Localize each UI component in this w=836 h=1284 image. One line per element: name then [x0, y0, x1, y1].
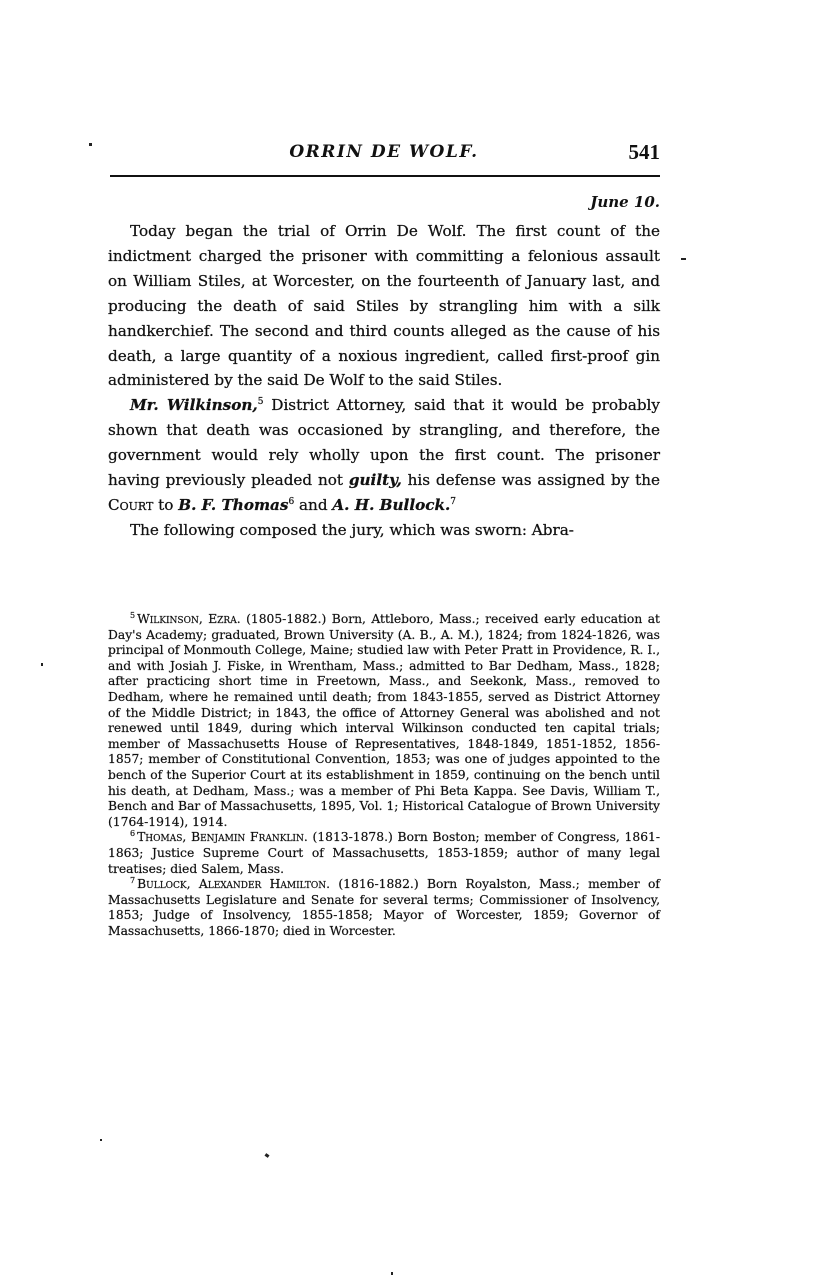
- footnote-number: 6: [130, 829, 135, 838]
- guilty-plea: guilty,: [349, 471, 402, 489]
- body-text: Today began the trial of Orrin De Wolf. …: [108, 219, 660, 543]
- scan-speck: [265, 1153, 270, 1158]
- footnote-subject-name: Thomas, Benjamin Franklin.: [137, 830, 308, 844]
- footnote-number: 7: [130, 876, 135, 885]
- scan-speck: [681, 258, 686, 260]
- paragraph-trial-opening: Today began the trial of Orrin De Wolf. …: [108, 219, 660, 393]
- footnote-7: 7Bullock, Alexander Hamilton. (1816-1882…: [108, 877, 660, 939]
- footnote-number: 5: [130, 611, 135, 620]
- scan-speck: [100, 1139, 102, 1141]
- paragraph-district-attorney: Mr. Wilkinson,5 District Attorney, said …: [108, 393, 660, 518]
- wilkinson-name: Mr. Wilkinson,: [130, 396, 258, 414]
- running-head: ORRIN DE WOLF. 541: [108, 142, 660, 168]
- scan-speck: [89, 143, 92, 146]
- footnote-subject-name: Bullock, Alexander Hamilton.: [137, 877, 330, 891]
- thomas-name: B. F. Thomas: [178, 496, 288, 514]
- footnote-6: 6Thomas, Benjamin Franklin. (1813-1878.)…: [108, 830, 660, 877]
- scan-speck: [41, 663, 43, 666]
- footnote-ref-7: 7: [450, 497, 456, 507]
- dateline: June 10.: [590, 193, 660, 211]
- bullock-name: A. H. Bullock.: [332, 496, 450, 514]
- scan-speck: [391, 1272, 393, 1275]
- running-title: ORRIN DE WOLF.: [108, 142, 660, 162]
- paragraph-jury: The following composed the jury, which w…: [108, 518, 660, 543]
- footnote-text: (1805-1882.) Born, Attleboro, Mass.; rec…: [108, 612, 660, 829]
- page-number: 541: [629, 140, 661, 165]
- footnote-subject-name: Wilkinson, Ezra.: [137, 612, 241, 626]
- header-rule: [110, 175, 660, 177]
- book-page: ORRIN DE WOLF. 541 June 10. Today began …: [0, 0, 836, 1284]
- court-smallcaps: Court: [108, 496, 153, 514]
- footnotes: 5Wilkinson, Ezra. (1805-1882.) Born, Att…: [108, 612, 660, 939]
- footnote-5: 5Wilkinson, Ezra. (1805-1882.) Born, Att…: [108, 612, 660, 830]
